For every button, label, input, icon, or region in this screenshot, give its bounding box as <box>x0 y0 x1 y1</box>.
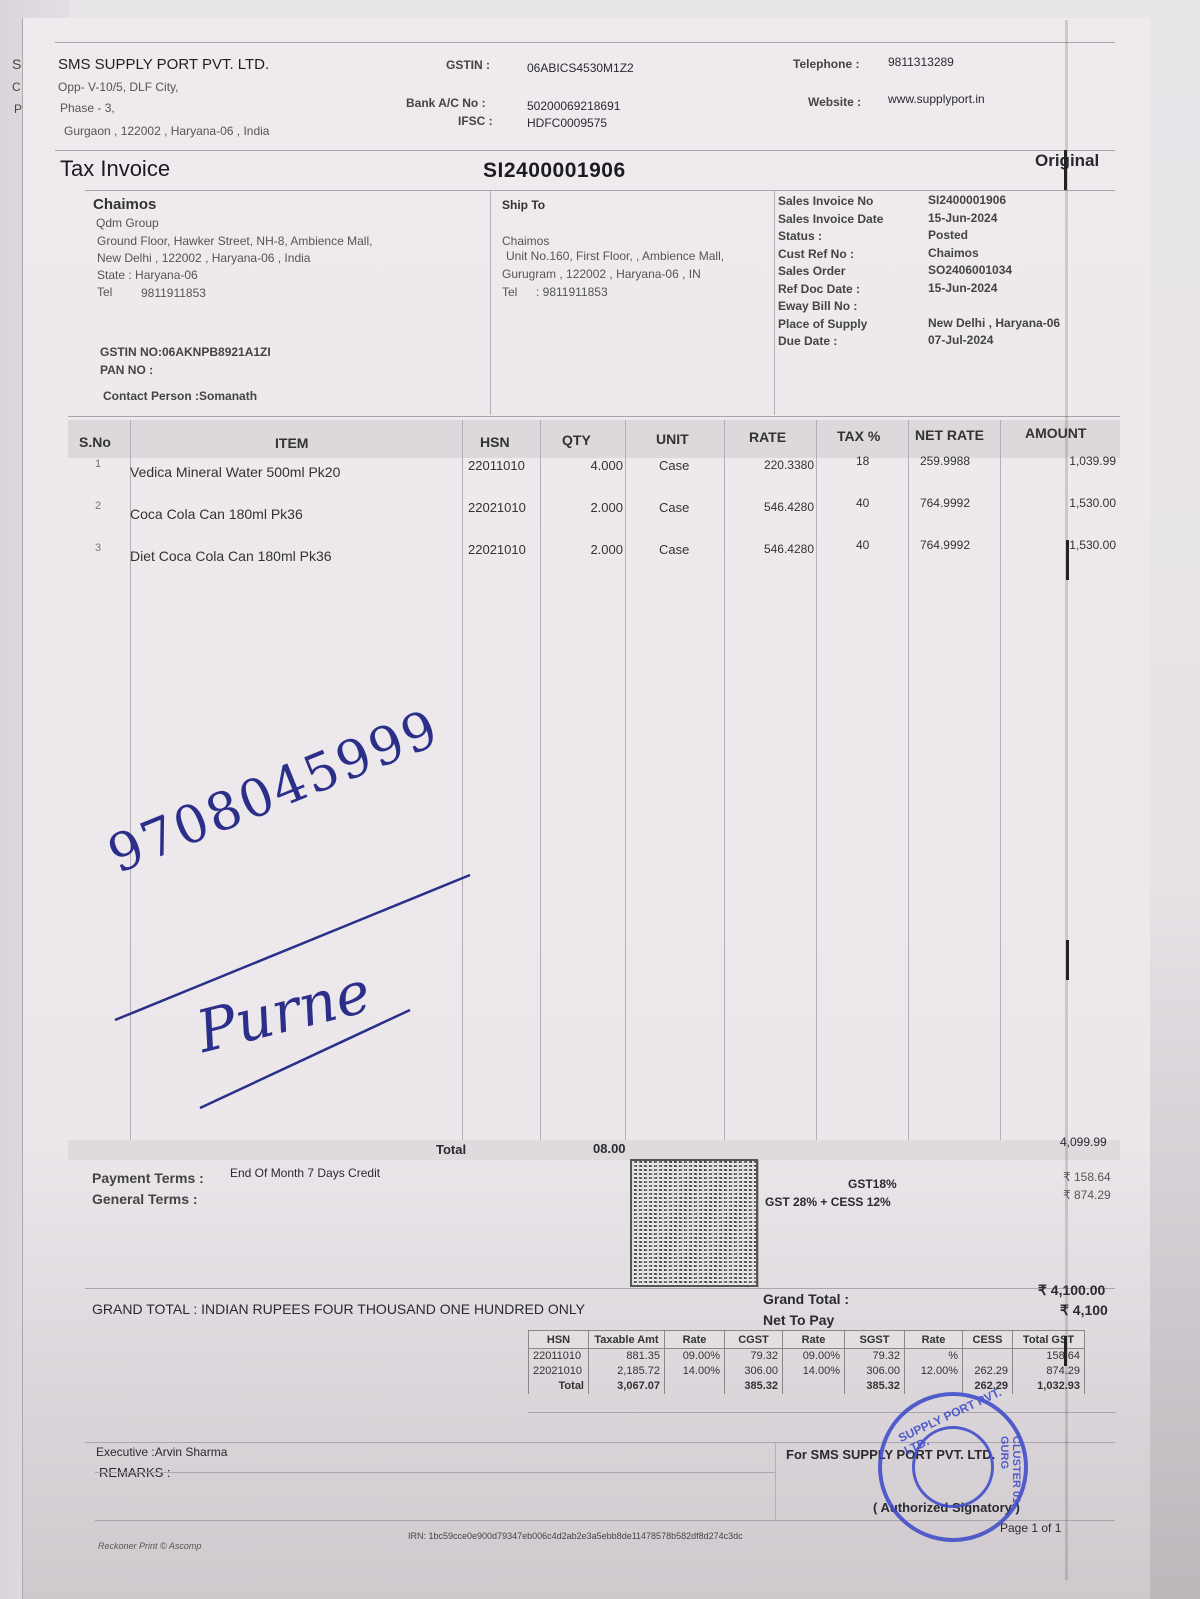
gst-cell: 874.29 <box>1013 1364 1085 1379</box>
cell-unit: Case <box>659 458 719 473</box>
gst-column-header: Rate <box>905 1331 963 1349</box>
telephone-value: 9811313289 <box>888 55 954 69</box>
gstin-value: 06ABICS4530M1Z2 <box>527 61 634 75</box>
bill-to-address-line: Ground Floor, Hawker Street, NH-8, Ambie… <box>97 234 372 248</box>
bank-label: Bank A/C No : <box>406 96 486 110</box>
printed-by: Reckoner Print © Ascomp <box>98 1541 201 1551</box>
divider <box>490 190 491 415</box>
cell-item: Diet Coca Cola Can 180ml Pk36 <box>130 548 450 564</box>
tax-summary-value: ₹ 874.29 <box>1063 1188 1111 1202</box>
ship-to-address-line: Unit No.160, First Floor, , Ambience Mal… <box>506 249 724 263</box>
meta-label: Sales Invoice Date <box>778 212 883 226</box>
cell-sno: 1 <box>95 458 107 470</box>
divider <box>758 1160 759 1288</box>
cell-sno: 2 <box>95 500 107 512</box>
tax-summary-label: GST18% <box>848 1177 897 1191</box>
gst-column-header: HSN <box>529 1331 589 1349</box>
gst-column-header: Rate <box>665 1331 725 1349</box>
column-divider <box>625 420 626 1140</box>
column-divider <box>908 420 909 1140</box>
column-header-rate: RATE <box>749 429 786 445</box>
bill-to-group: Qdm Group <box>96 216 159 230</box>
column-divider <box>816 420 817 1140</box>
gst-column-header: Total GST <box>1013 1331 1085 1349</box>
company-address-line: Opp- V-10/5, DLF City, <box>58 80 179 94</box>
gst-cell <box>963 1349 1013 1364</box>
gst-cell: 22021010 <box>529 1364 589 1379</box>
meta-label: Sales Invoice No <box>778 194 873 208</box>
payment-terms-label: Payment Terms : <box>92 1170 204 1186</box>
paper-crease <box>1064 150 1067 190</box>
divider <box>55 42 1115 43</box>
gst-column-header: CGST <box>725 1331 783 1349</box>
gst-column-header: SGST <box>845 1331 905 1349</box>
bill-to-contact: Contact Person :Somanath <box>103 389 257 403</box>
cell-item: Vedica Mineral Water 500ml Pk20 <box>130 464 450 480</box>
grand-total-value: ₹ 4,100.00 <box>1038 1282 1105 1299</box>
gst-total-cell <box>783 1379 845 1394</box>
meta-label: Sales Order <box>778 264 845 278</box>
column-divider <box>540 420 541 1140</box>
cell-amount: 1,530.00 <box>1000 538 1116 552</box>
meta-value: Posted <box>928 228 968 242</box>
company-address-line: Gurgaon , 122002 , Haryana-06 , India <box>64 124 269 138</box>
bill-to-state: State : Haryana-06 <box>97 268 198 282</box>
paper-crease <box>1064 1336 1067 1366</box>
meta-value: 15-Jun-2024 <box>928 211 997 225</box>
cell-amount: 1,530.00 <box>1000 496 1116 510</box>
divider <box>85 190 1115 191</box>
company-name: SMS SUPPLY PORT PVT. LTD. <box>58 56 269 73</box>
document-type-title: Tax Invoice <box>60 156 170 182</box>
meta-value: SO2406001034 <box>928 263 1012 277</box>
general-terms-label: General Terms : <box>92 1191 198 1207</box>
underlying-fragment: C <box>12 80 21 94</box>
gst-cell: 09.00% <box>665 1349 725 1364</box>
divider <box>55 150 1115 151</box>
gst-total-cell: 3,067.07 <box>589 1379 665 1394</box>
gst-cell: 79.32 <box>845 1349 905 1364</box>
cell-amount: 1,039.99 <box>1000 454 1116 468</box>
cell-net-rate: 764.9992 <box>900 538 970 552</box>
cell-hsn: 22021010 <box>468 500 538 515</box>
bill-to-tel-value: 9811911853 <box>141 286 206 300</box>
cell-unit: Case <box>659 500 719 515</box>
divider <box>95 1472 775 1473</box>
gst-cell: 158.64 <box>1013 1349 1085 1364</box>
telephone-label: Telephone : <box>793 57 859 71</box>
gst-column-header: Taxable Amt <box>589 1331 665 1349</box>
cell-net-rate: 764.9992 <box>900 496 970 510</box>
gst-total-cell: 385.32 <box>725 1379 783 1394</box>
gst-cell: 14.00% <box>665 1364 725 1379</box>
meta-value: Chaimos <box>928 246 979 260</box>
gst-total-cell: 1,032.93 <box>1013 1379 1085 1394</box>
website-link[interactable]: www.supplyport.in <box>888 92 985 106</box>
gst-total-cell: Total <box>529 1379 589 1394</box>
column-header-hsn: HSN <box>480 434 510 450</box>
column-divider <box>724 420 725 1140</box>
divider <box>775 1442 776 1520</box>
cell-sno: 3 <box>95 542 107 554</box>
gst-cell: 12.00% <box>905 1364 963 1379</box>
cell-hsn: 22021010 <box>468 542 538 557</box>
ship-to-tel-value: : 9811911853 <box>536 285 608 299</box>
column-header-sno: S.No <box>79 434 111 450</box>
cell-qty: 4.000 <box>545 458 623 473</box>
column-header-unit: UNIT <box>656 431 689 447</box>
gst-cell: 881.35 <box>589 1349 665 1364</box>
gst-column-header: CESS <box>963 1331 1013 1349</box>
gst-cell: % <box>905 1349 963 1364</box>
cell-qty: 2.000 <box>545 542 623 557</box>
paper-crease <box>1066 940 1069 980</box>
grand-total-words: GRAND TOTAL : INDIAN RUPEES FOUR THOUSAN… <box>92 1301 585 1317</box>
gst-cell: 79.32 <box>725 1349 783 1364</box>
bill-to-tel-label: Tel <box>97 285 112 299</box>
ifsc-value: HDFC0009575 <box>527 116 607 130</box>
divider <box>774 190 775 415</box>
gst-cell: 306.00 <box>725 1364 783 1379</box>
cell-item: Coca Cola Can 180ml Pk36 <box>130 506 450 522</box>
column-header-amount: AMOUNT <box>1025 425 1086 441</box>
irn-number: IRN: 1bc59cce0e900d79347eb006c4d2ab2e3a5… <box>408 1531 743 1541</box>
gst-row: 220210102,185.7214.00%306.0014.00%306.00… <box>529 1364 1085 1379</box>
cell-rate: 546.4280 <box>720 500 814 514</box>
meta-label: Place of Supply <box>778 317 867 331</box>
divider <box>528 1412 1116 1413</box>
meta-value: SI2400001906 <box>928 193 1006 207</box>
paper-crease <box>1066 540 1069 580</box>
meta-label: Eway Bill No : <box>778 299 857 313</box>
cell-unit: Case <box>659 542 719 557</box>
column-header-tax: TAX % <box>837 428 880 444</box>
column-header-qty: QTY <box>562 432 591 448</box>
cell-qty: 2.000 <box>545 500 623 515</box>
stamp-text: CLUSTER 01, GURG <box>998 1436 1022 1538</box>
gst-cell: 14.00% <box>783 1364 845 1379</box>
gst-total-cell <box>665 1379 725 1394</box>
gst-cell: 09.00% <box>783 1349 845 1364</box>
divider <box>85 1288 1115 1289</box>
gst-cell: 306.00 <box>845 1364 905 1379</box>
meta-value: 07-Jul-2024 <box>928 333 993 347</box>
meta-label: Status : <box>778 229 822 243</box>
cell-tax: 18 <box>856 454 896 468</box>
cell-net-rate: 259.9988 <box>900 454 970 468</box>
meta-value: 15-Jun-2024 <box>928 281 997 295</box>
underlying-fragment: P <box>14 102 22 116</box>
meta-label: Cust Ref No : <box>778 247 854 261</box>
executive-name: Executive :Arvin Sharma <box>96 1445 227 1459</box>
gst-cell: 262.29 <box>963 1364 1013 1379</box>
cell-tax: 40 <box>856 496 896 510</box>
company-address-line: Phase - 3, <box>60 101 115 115</box>
total-label: Total <box>436 1142 466 1157</box>
meta-value: New Delhi , Haryana-06 <box>928 316 1060 330</box>
gst-total-cell: 385.32 <box>845 1379 905 1394</box>
gst-column-header: Rate <box>783 1331 845 1349</box>
website-label: Website : <box>808 95 861 109</box>
bank-value: 50200069218691 <box>527 99 620 113</box>
cell-hsn: 22011010 <box>468 458 538 473</box>
payment-terms-value: End Of Month 7 Days Credit <box>230 1166 380 1180</box>
net-to-pay-label: Net To Pay <box>763 1312 834 1328</box>
bill-to-gstin: GSTIN NO:06AKNPB8921A1ZI <box>100 345 271 359</box>
cell-rate: 546.4280 <box>720 542 814 556</box>
tax-summary-value: ₹ 158.64 <box>1063 1170 1111 1184</box>
ship-to-address-line: Gurugram , 122002 , Haryana-06 , IN <box>502 267 701 281</box>
column-header-item: ITEM <box>275 435 308 451</box>
ship-to-heading: Ship To <box>502 198 545 212</box>
total-qty: 08.00 <box>593 1141 626 1156</box>
column-divider <box>1000 420 1001 1140</box>
ifsc-label: IFSC : <box>458 114 493 128</box>
cell-rate: 220.3380 <box>720 458 814 472</box>
qr-code <box>630 1159 758 1287</box>
ship-to-tel-label: Tel <box>502 285 517 299</box>
column-header-net-rate: NET RATE <box>915 427 984 443</box>
grand-total-label: Grand Total : <box>763 1291 849 1307</box>
invoice-number-title: SI2400001906 <box>483 159 626 183</box>
cell-tax: 40 <box>856 538 896 552</box>
bill-to-name: Chaimos <box>93 196 156 213</box>
bill-to-address-line: New Delhi , 122002 , Haryana-06 , India <box>97 251 310 265</box>
meta-label: Ref Doc Date : <box>778 282 860 296</box>
gstin-label: GSTIN : <box>446 58 490 72</box>
company-stamp: SUPPLY PORT PVT. LTD. CLUSTER 01, GURG <box>878 1392 1028 1542</box>
tax-summary-label: GST 28% + CESS 12% <box>765 1195 891 1209</box>
bill-to-pan: PAN NO : <box>100 363 153 377</box>
gst-cell: 2,185.72 <box>589 1364 665 1379</box>
divider <box>68 416 1120 417</box>
meta-label: Due Date : <box>778 334 837 348</box>
gst-row: 22011010881.3509.00%79.3209.00%79.32%158… <box>529 1349 1085 1364</box>
underlying-fragment: S <box>12 56 21 72</box>
ship-to-name: Chaimos <box>502 234 549 248</box>
gst-cell: 22011010 <box>529 1349 589 1364</box>
